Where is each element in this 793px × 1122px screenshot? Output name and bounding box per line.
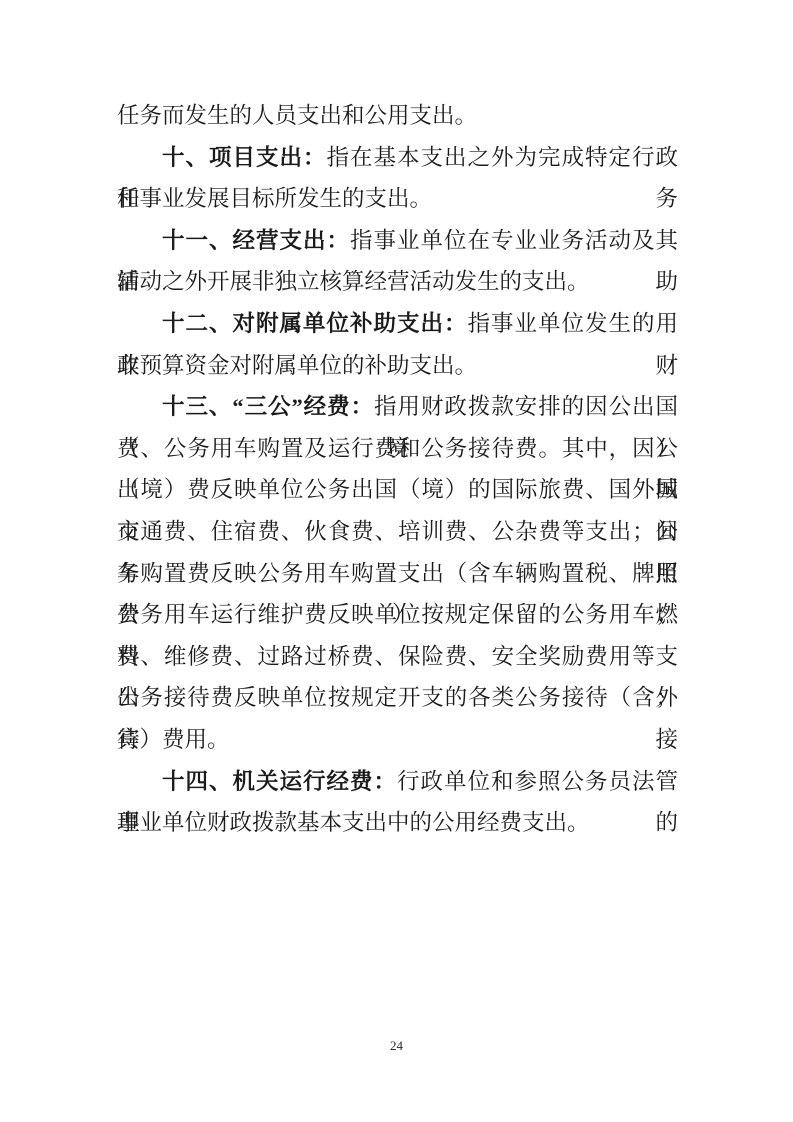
text-line: 任务而发生的人员支出和公用支出。 xyxy=(117,95,678,137)
document-body: 任务而发生的人员支出和公用支出。 十、项目支出：指在基本支出之外为完成特定行政任… xyxy=(117,95,678,844)
text-line: 十二、对附属单位补助支出：指事业单位发生的用非财 xyxy=(117,303,678,345)
line-text: 和事业发展目标所发生的支出。 xyxy=(117,186,432,211)
line-text: 任务而发生的人员支出和公用支出。 xyxy=(117,103,477,128)
term-label: 十一、经营支出： xyxy=(162,228,350,253)
line-text: 事业单位财政拨款基本支出中的公用经费支出。 xyxy=(117,810,590,835)
text-line: 公务接待费反映单位按规定开支的各类公务接待（含外宾接 xyxy=(117,677,678,719)
text-line: 公务用车运行维护费反映单位按规定保留的公务用车燃料 xyxy=(117,594,678,636)
document-page: 任务而发生的人员支出和公用支出。 十、项目支出：指在基本支出之外为完成特定行政任… xyxy=(0,0,793,1122)
line-text: 待）费用。 xyxy=(117,727,230,752)
text-line: 十四、机关运行经费：行政单位和参照公务员法管理的 xyxy=(117,761,678,803)
text-line: 费、维修费、过路过桥费、保险费、安全奖励费用等支出； xyxy=(117,636,678,678)
text-line: 费、公务用车购置及运行费和公务接待费。其中，因公出国 xyxy=(117,428,678,470)
text-line: 十三、“三公”经费：指用财政拨款安排的因公出国（境） xyxy=(117,386,678,428)
term-label: 十二、对附属单位补助支出： xyxy=(162,311,467,336)
term-label: 十、项目支出： xyxy=(162,145,327,170)
text-line: （境）费反映单位公务出国（境）的国际旅费、国外城市间 xyxy=(117,469,678,511)
page-number: 24 xyxy=(0,1038,793,1054)
term-label: 十三、“三公”经费： xyxy=(162,394,374,419)
text-line: 车购置费反映公务用车购置支出（含车辆购置税、牌照费）； xyxy=(117,553,678,595)
term-label: 十四、机关运行经费： xyxy=(162,769,397,794)
text-line: 十一、经营支出：指事业单位在专业业务活动及其辅助 xyxy=(117,220,678,262)
text-line: 十、项目支出：指在基本支出之外为完成特定行政任务 xyxy=(117,137,678,179)
text-line: 交通费、住宿费、伙食费、培训费、公杂费等支出；公务用 xyxy=(117,511,678,553)
line-text: 活动之外开展非独立核算经营活动发生的支出。 xyxy=(117,269,590,294)
line-text: 政预算资金对附属单位的补助支出。 xyxy=(117,353,477,378)
